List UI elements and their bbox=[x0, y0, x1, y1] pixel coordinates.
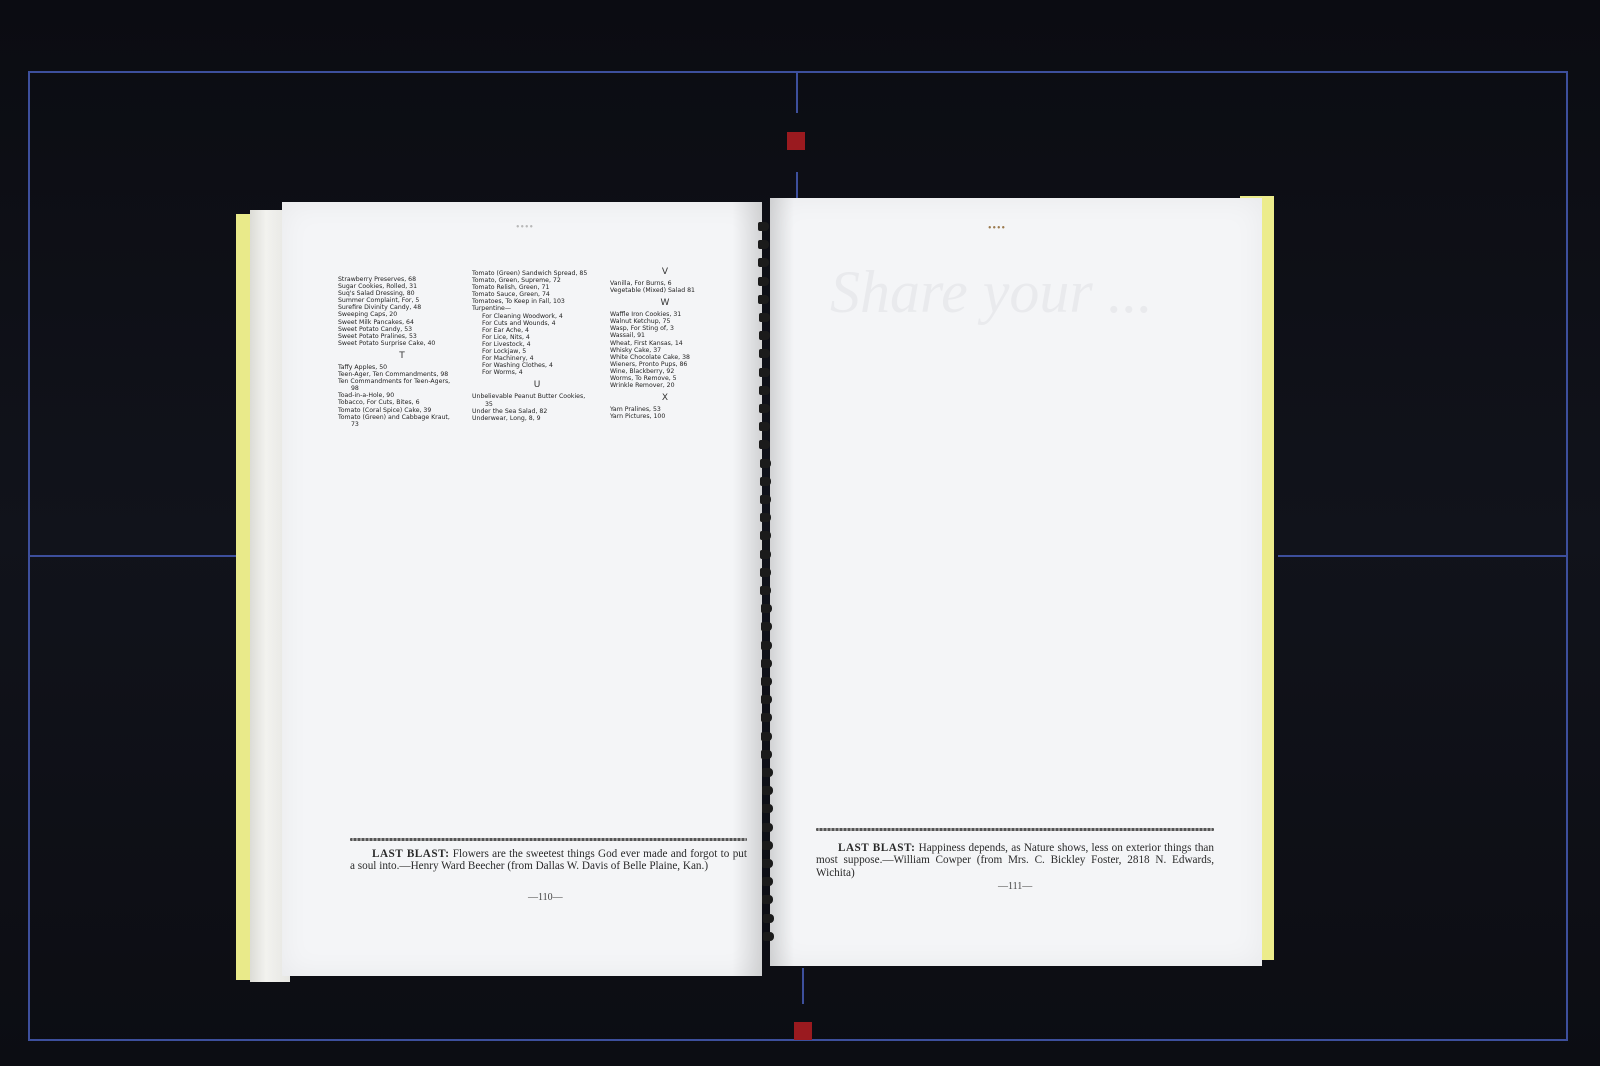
index-entry: Tomato Sauce, Green, 74 bbox=[472, 291, 602, 298]
index-entry: 35 bbox=[472, 401, 602, 408]
index-entry: Whisky Cake, 37 bbox=[610, 347, 720, 354]
spiral-coil bbox=[761, 659, 772, 668]
spiral-coil bbox=[761, 732, 772, 741]
spiral-coil bbox=[761, 677, 772, 686]
index-entry: Taffy Apples, 50 bbox=[338, 364, 466, 371]
mid-guide-left bbox=[30, 555, 250, 557]
index-entry: Suq's Salad Dressing, 80 bbox=[338, 290, 466, 297]
index-entry: Sugar Cookies, Rolled, 31 bbox=[338, 283, 466, 290]
left-wavy-rule bbox=[350, 838, 747, 841]
spiral-coil bbox=[761, 641, 772, 650]
spiral-coil bbox=[760, 550, 771, 559]
index-entry: Unbelievable Peanut Butter Cookies, bbox=[472, 393, 602, 400]
spiral-coil bbox=[760, 586, 771, 595]
spiral-coil bbox=[762, 768, 773, 777]
index-entry: For Lockjaw, 5 bbox=[472, 348, 602, 355]
index-entry: Tomato Relish, Green, 71 bbox=[472, 284, 602, 291]
center-guide-lower bbox=[802, 968, 804, 1004]
index-entry: For Worms, 4 bbox=[472, 369, 602, 376]
page-number-left: —110— bbox=[528, 892, 563, 903]
spiral-coil bbox=[759, 404, 770, 413]
index-letter-v: V bbox=[610, 266, 720, 278]
show-through-text: Share your ... bbox=[830, 258, 1153, 327]
spiral-coil bbox=[759, 313, 770, 322]
index-entry: Ten Commandments for Teen-Agers, bbox=[338, 378, 466, 385]
spiral-coil bbox=[762, 877, 773, 886]
index-entry: Wasp, For Sting of, 3 bbox=[610, 325, 720, 332]
spiral-binding bbox=[758, 222, 772, 942]
index-entry: Surefire Divinity Candy, 48 bbox=[338, 304, 466, 311]
spiral-coil bbox=[759, 440, 770, 449]
spiral-coil bbox=[758, 222, 769, 231]
spiral-coil bbox=[761, 713, 772, 722]
spiral-coil bbox=[762, 841, 773, 850]
index-entry: Tobacco, For Cuts, Bites, 6 bbox=[338, 399, 466, 406]
right-page-ornament: •••• bbox=[988, 223, 1006, 234]
index-entry: Underwear, Long, 8, 9 bbox=[472, 415, 602, 422]
index-entry: For Cuts and Wounds, 4 bbox=[472, 320, 602, 327]
spiral-coil bbox=[760, 531, 771, 540]
index-entry: Summer Complaint, For, 5 bbox=[338, 297, 466, 304]
index-entry: For Ear Ache, 4 bbox=[472, 327, 602, 334]
index-entry: Strawberry Preserves, 68 bbox=[338, 276, 466, 283]
spiral-coil bbox=[761, 604, 772, 613]
index-entry: Turpentine— bbox=[472, 305, 602, 312]
index-entry: Toad-in-a-Hole, 90 bbox=[338, 392, 466, 399]
spiral-coil bbox=[758, 277, 769, 286]
index-entry: Tomato (Coral Spice) Cake, 39 bbox=[338, 407, 466, 414]
index-entry: Tomatoes, To Keep in Fall, 103 bbox=[472, 298, 602, 305]
index-letter-x: X bbox=[610, 392, 720, 404]
registration-marker-top bbox=[787, 132, 805, 150]
spiral-coil bbox=[759, 368, 770, 377]
index-entry: Sweeping Caps, 20 bbox=[338, 311, 466, 318]
index-entry: Sweet Potato Candy, 53 bbox=[338, 326, 466, 333]
index-entry: Wassail, 91 bbox=[610, 332, 720, 339]
spiral-coil bbox=[760, 495, 771, 504]
spiral-coil bbox=[759, 331, 770, 340]
index-entry: White Chocolate Cake, 38 bbox=[610, 354, 720, 361]
spiral-coil bbox=[759, 386, 770, 395]
spiral-coil bbox=[763, 914, 774, 923]
spiral-coil bbox=[762, 823, 773, 832]
spiral-coil bbox=[762, 786, 773, 795]
index-entry: Sweet Milk Pancakes, 64 bbox=[338, 319, 466, 326]
index-entry: 73 bbox=[338, 421, 466, 428]
index-entry: Walnut Ketchup, 75 bbox=[610, 318, 720, 325]
index-entry: Yam Pralines, 53 bbox=[610, 406, 720, 413]
spiral-coil bbox=[760, 459, 771, 468]
index-letter-w: W bbox=[610, 297, 720, 309]
spiral-coil bbox=[759, 422, 770, 431]
index-entry: Tomato (Green) and Cabbage Kraut, bbox=[338, 414, 466, 421]
index-column-2: Tomato (Green) Sandwich Spread, 85Tomato… bbox=[472, 270, 602, 422]
index-entry: Wieners, Pronto Pups, 86 bbox=[610, 361, 720, 368]
spiral-coil bbox=[758, 295, 769, 304]
last-blast-label: LAST BLAST: bbox=[838, 842, 915, 854]
spiral-coil bbox=[758, 258, 769, 267]
index-entry: Vegetable (Mixed) Salad 81 bbox=[610, 287, 720, 294]
index-entry: Yarn Pictures, 100 bbox=[610, 413, 720, 420]
index-entry: For Machinery, 4 bbox=[472, 355, 602, 362]
right-wavy-rule bbox=[816, 828, 1214, 831]
index-entry: Sweet Potato Pralines, 53 bbox=[338, 333, 466, 340]
spiral-coil bbox=[762, 804, 773, 813]
index-entry: Under the Sea Salad, 82 bbox=[472, 408, 602, 415]
last-blast-label: LAST BLAST: bbox=[372, 848, 449, 860]
index-entry: Waffle Iron Cookies, 31 bbox=[610, 311, 720, 318]
spiral-coil bbox=[760, 513, 771, 522]
index-entry: For Livestock, 4 bbox=[472, 341, 602, 348]
index-entry: Sweet Potato Surprise Cake, 40 bbox=[338, 340, 466, 347]
index-entry: For Lice, Nits, 4 bbox=[472, 334, 602, 341]
index-entry: Teen-Ager, Ten Commandments, 98 bbox=[338, 371, 466, 378]
index-entry: Worms, To Remove, 5 bbox=[610, 375, 720, 382]
index-letter-u: U bbox=[472, 379, 602, 391]
spiral-coil bbox=[761, 622, 772, 631]
index-letter-t: T bbox=[338, 350, 466, 362]
left-last-blast: LAST BLAST: Flowers are the sweetest thi… bbox=[350, 848, 747, 873]
spiral-coil bbox=[763, 932, 774, 941]
right-last-blast: LAST BLAST: Happiness depends, as Nature… bbox=[816, 842, 1214, 879]
spiral-coil bbox=[760, 568, 771, 577]
spiral-coil bbox=[759, 349, 770, 358]
index-entry: For Washing Clothes, 4 bbox=[472, 362, 602, 369]
spiral-coil bbox=[758, 240, 769, 249]
index-entry: For Cleaning Woodwork, 4 bbox=[472, 313, 602, 320]
registration-marker-bottom bbox=[794, 1022, 812, 1040]
page-number-right: —111— bbox=[998, 881, 1032, 892]
spiral-coil bbox=[761, 695, 772, 704]
left-page-ornament: •••• bbox=[516, 222, 534, 233]
spiral-coil bbox=[762, 859, 773, 868]
index-column-1: Strawberry Preserves, 68Sugar Cookies, R… bbox=[338, 276, 466, 428]
mid-guide-right bbox=[1278, 555, 1566, 557]
index-entry: 98 bbox=[338, 385, 466, 392]
index-entry: Vanilla, For Burns, 6 bbox=[610, 280, 720, 287]
spiral-coil bbox=[761, 750, 772, 759]
index-entry: Wine, Blackberry, 92 bbox=[610, 368, 720, 375]
spiral-coil bbox=[762, 895, 773, 904]
index-entry: Tomato, Green, Supreme, 72 bbox=[472, 277, 602, 284]
index-entry: Wheat, First Kansas, 14 bbox=[610, 340, 720, 347]
spiral-coil bbox=[760, 477, 771, 486]
center-guide-top bbox=[796, 73, 798, 113]
index-column-3: V Vanilla, For Burns, 6Vegetable (Mixed)… bbox=[610, 266, 720, 420]
index-entry: Wrinkle Remover, 20 bbox=[610, 382, 720, 389]
index-entry: Tomato (Green) Sandwich Spread, 85 bbox=[472, 270, 602, 277]
